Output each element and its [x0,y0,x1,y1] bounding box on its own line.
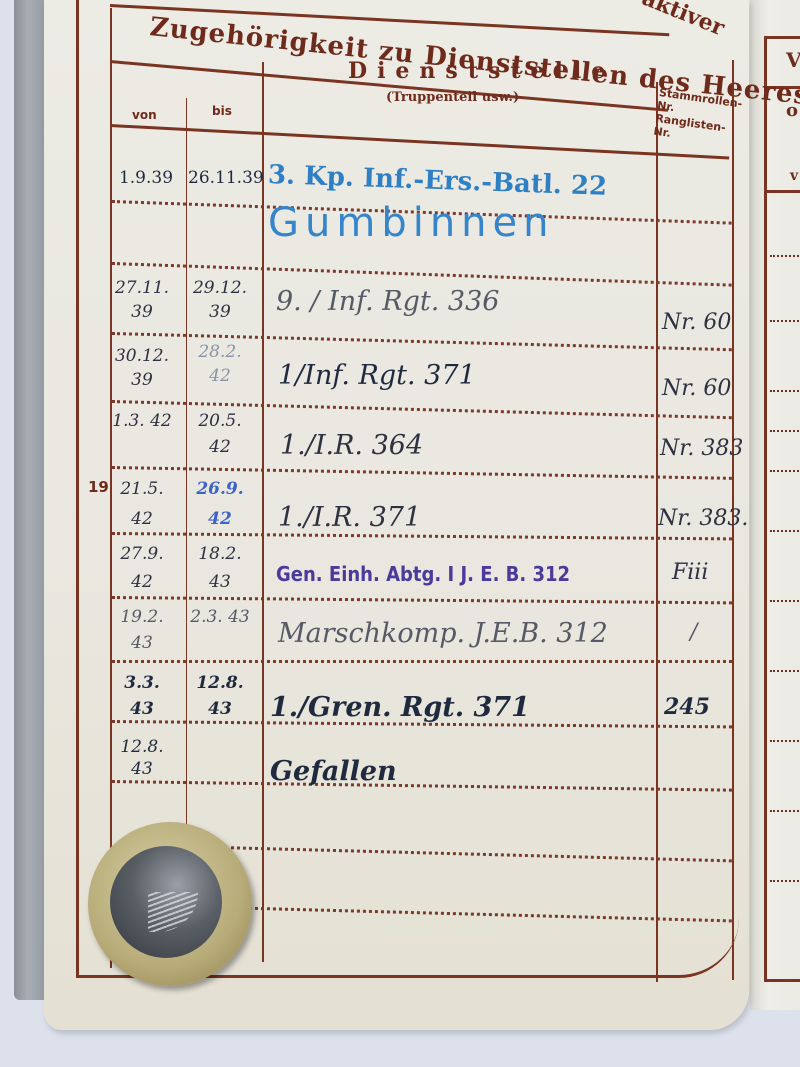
entry-unit: Marschkomp. J.E.B. 312 [278,620,608,647]
entry-to: 12.8. 43 [190,670,250,722]
right-page-letter: v [790,168,798,184]
entry-to: 2.3. 43 [190,604,250,630]
entry-from: 27.11. 39 [112,276,172,324]
entry-ref: Nr. 383 [660,438,743,460]
entry-ref: Nr. 383. [658,508,748,530]
entry-unit: 1./I.R. 364 [280,432,423,459]
entry-unit: 1./Gren. Rgt. 371 [270,694,530,721]
right-page-letter: V [786,48,800,72]
entry-from: 30.12. 39 [112,344,172,392]
dotted-line [770,810,800,812]
header-unit: Dienststelle [348,58,615,84]
dotted-line [770,320,800,322]
entry-unit: 9. / Inf. Rgt. 336 [276,288,499,315]
book-cover-edge [14,0,48,1000]
dotted-line [770,255,800,257]
dotted-line [770,600,800,602]
dotted-line [770,670,800,672]
entry-unit: 1./I.R. 371 [278,504,421,531]
entry-to: 29.12. 39 [190,276,250,324]
entry-ref: 245 [664,696,710,718]
entry-ref: Fiii [672,562,708,584]
entry-to: 18.2. 43 [190,540,250,596]
entry-to: 28.2. 42 [190,340,250,388]
entry-from: 19.2. 43 [112,604,172,656]
entry-to: 20.5. 42 [190,408,250,460]
entry-ref: Nr. 60 [662,312,731,334]
entry-ref: / [690,622,697,644]
entry-ref: Nr. 60 [662,378,731,400]
header-unit-sub: (Truppenteil usw.) [386,90,519,105]
entry-from: 27.9. 42 [112,540,172,596]
entry-from: 21.5. 42 [112,474,172,534]
entry-from: 3.3. 43 [112,670,172,722]
right-page: V o v [750,0,800,1010]
column-divider-ref [656,82,658,982]
entry-unit-stamp-city: Gumbinnen [268,200,554,246]
entry-unit: Gefallen [270,758,397,785]
entry-to: 26.11.39 [188,170,256,187]
column-divider-unit [262,62,264,962]
header-to: bis [212,104,232,118]
header-roll-numbers: Stammrollen-Nr. Ranglisten-Nr. [653,86,737,148]
row-rule [112,660,732,663]
dotted-line [770,430,800,432]
entry-from: 12.8. 43 [112,736,172,780]
entry-to: 26.9. 42 [190,474,250,534]
dotted-line [770,530,800,532]
dotted-line [770,880,800,882]
entry-from: 1.3. 42 [112,408,172,434]
entry-from: 1.9.39 [112,170,180,187]
dotted-line [770,470,800,472]
entry-unit-stamp: Gen. Einh. Abtg. I J. E. B. 312 [276,562,570,586]
dotted-line [770,390,800,392]
year-prefix: 19 [88,478,109,496]
right-page-header-line [767,190,800,193]
euro-coin [88,822,252,986]
header-from: von [132,108,157,122]
entry-unit: 1/Inf. Rgt. 371 [278,362,476,389]
dotted-line [770,740,800,742]
